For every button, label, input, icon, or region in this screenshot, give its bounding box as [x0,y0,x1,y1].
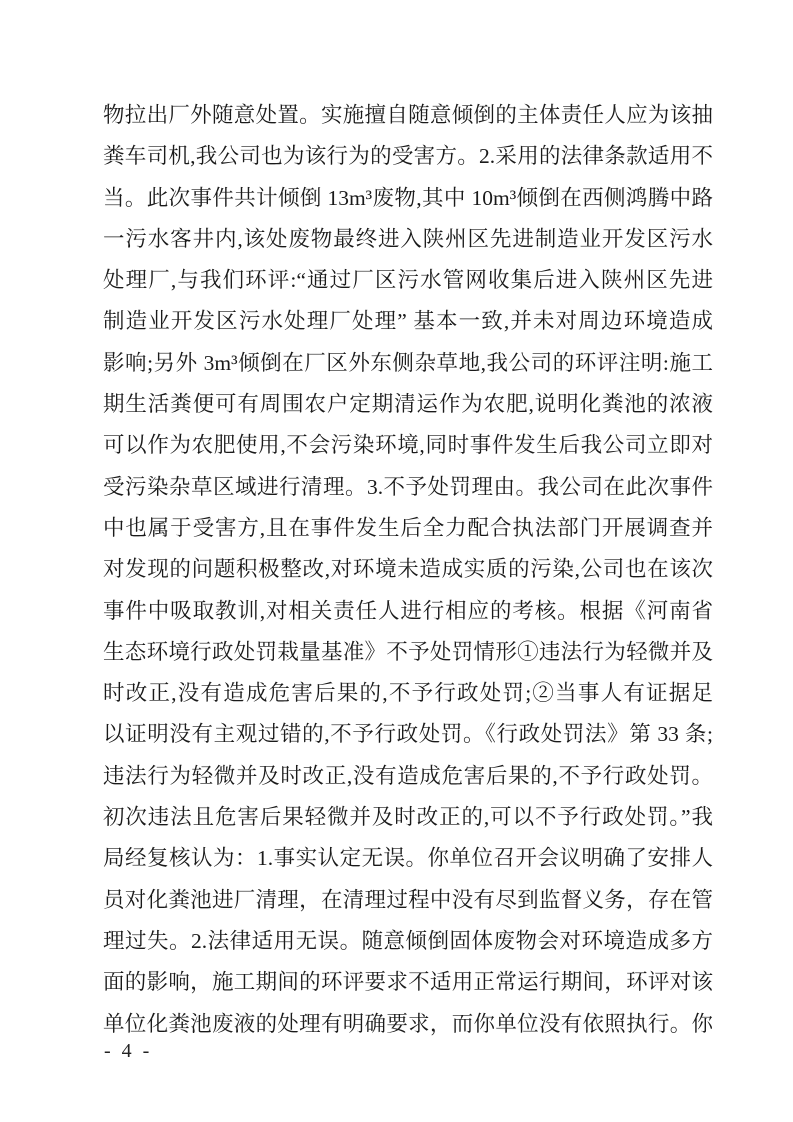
text-line: 受污染杂草区域进行清理。3.不予处罚理由。我公司在此次事件 [103,467,713,508]
text-line: 粪车司机,我公司也为该行为的受害方。2.采用的法律条款适用不 [103,136,713,177]
text-line: 以证明没有主观过错的,不予行政处罚。《行政处罚法》第 33 条; [103,714,713,755]
text-line: 局经复核认为：1.事实认定无误。你单位召开会议明确了安排人 [103,838,713,879]
body-text: 物拉出厂外随意处置。实施擅自随意倾倒的主体责任人应为该抽 粪车司机,我公司也为该… [103,95,713,1045]
text-line: 制造业开发区污水处理厂处理” 基本一致,并未对周边环境造成 [103,301,713,342]
page-number: - 4 - [104,1040,152,1063]
text-line: 单位化粪池废液的处理有明确要求，而你单位没有依照执行。你 [103,1004,713,1045]
text-line: 中也属于受害方,且在事件发生后全力配合执法部门开展调查并 [103,508,713,549]
text-line: 时改正,没有造成危害后果的,不予行政处罚;②当事人有证据足 [103,673,713,714]
text-line: 生态环境行政处罚栽量基准》不予处罚情形①违法行为轻微并及 [103,632,713,673]
text-line: 员对化粪池进厂清理，在清理过程中没有尽到监督义务，存在管 [103,880,713,921]
text-line: 对发现的问题积极整改,对环境未造成实质的污染,公司也在该次 [103,549,713,590]
text-line: 违法行为轻微并及时改正,没有造成危害后果的,不予行政处罚。 [103,756,713,797]
text-line: 事件中吸取教训,对相关责任人进行相应的考核。根据《河南省 [103,591,713,632]
text-line: 可以作为农肥使用,不会污染环境,同时事件发生后我公司立即对 [103,425,713,466]
text-line: 面的影响，施工期间的环评要求不适用正常运行期间，环评对该 [103,962,713,1003]
text-line: 影响;另外 3m³倾倒在厂区外东侧杂草地,我公司的环评注明:施工 [103,343,713,384]
text-line: 期生活粪便可有周围农户定期清运作为农肥,说明化粪池的浓液 [103,384,713,425]
text-line: 当。此次事件共计倾倒 13m³废物,其中 10m³倾倒在西侧鸿腾中路 [103,178,713,219]
text-line: 处理厂,与我们环评:“通过厂区污水管网收集后进入陕州区先进 [103,260,713,301]
text-line: 初次违法且危害后果轻微并及时改正的,可以不予行政处罚。”我 [103,797,713,838]
text-line: 理过失。2.法律适用无误。随意倾倒固体废物会对环境造成多方 [103,921,713,962]
text-line: 物拉出厂外随意处置。实施擅自随意倾倒的主体责任人应为该抽 [103,95,713,136]
document-page: 物拉出厂外随意处置。实施擅自随意倾倒的主体责任人应为该抽 粪车司机,我公司也为该… [0,0,793,1122]
text-line: 一污水客井内,该处废物最终进入陕州区先进制造业开发区污水 [103,219,713,260]
